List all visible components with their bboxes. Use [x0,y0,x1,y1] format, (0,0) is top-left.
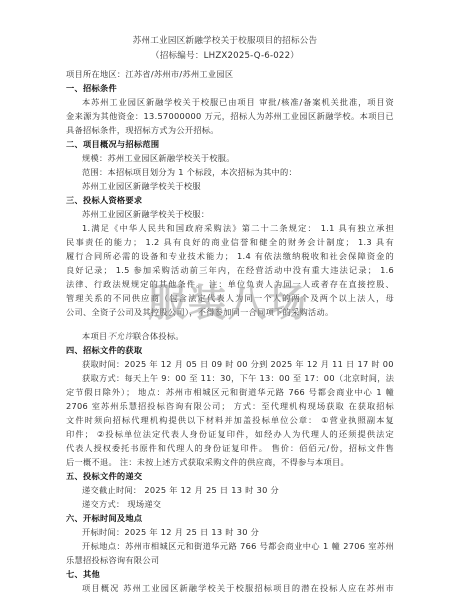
paragraph-line: 苏州工业园区新融学校关于校服 [66,179,394,193]
paragraph-line: 后一概不退。 注：未按上述方式获取采购文件的供应商，不得参与本项目。 [66,455,394,469]
paragraph-line: 递交方式： 现场递交 [66,497,394,511]
paragraph-line: 项目概况 苏州工业园区新融学校关于校服招标项目的潜在投标人应在苏州市 [66,581,394,595]
paragraph-line: 代表人授权委托书原件和代理人的身份证复印件。 售价：佰佰元/份，招标文件售 [66,441,394,455]
paragraph-line: 本苏州工业园区新融学校关于校服已由项目 审批/核准/备案机关批准，项目资 [66,95,394,109]
paragraph-line: 法律、行政法规规定的其他条件。 注：单位负责人为同一人或者存在直接控股、 [66,277,394,291]
section-heading-bidding-conditions: 一、招标条件 [66,81,394,95]
paragraph-line: 获取方式：每天上午 9：00 至 11：30，下午 13：00 至 17：00（… [66,371,394,385]
paragraph-line: 范围：本招标项目划分为 1 个标段，本次招标为其中的： [66,165,394,179]
section-heading-bid-opening: 六、开标时间及地点 [66,511,394,525]
paragraph-line: 履行合同所必需的设备和专业技术能力； 1.4 有依法缴纳税收和社会保障资金的 [66,249,394,263]
paragraph-line: 管理关系的不同供应商（包含法定代表人为同一个人的两个及两个以上法人，母 [66,291,394,305]
paragraph-line: 获取时间：2025 年 12 月 05 日 09 时 00 分到 2025 年 … [66,357,394,371]
paragraph-line: 开标时间：2025 年 12 月 25 日 13 时 30 分 [66,525,394,539]
section-heading-other: 七、其他 [66,567,394,581]
section-heading-bid-submission: 五、投标文件的递交 [66,469,394,483]
section-heading-bidder-qualifications: 三、投标人资格要求 [66,193,394,207]
paragraph-line: 乐慧招投标咨询有限公司 [66,553,394,567]
consortium-note: 本项目不允许联合体投标。 [66,329,394,343]
paragraph-line: 递交截止时间： 2025 年 12 月 25 日 13 时 30 分 [66,483,394,497]
bid-number: （招标编号：LHZX2025-Q-6-022） [0,49,450,61]
paragraph-line: 2706 室苏州乐慧招投标咨询有限公司； 方式：至代理机构现场获取 在获取招标 [66,399,394,413]
paragraph-line: 文件时须向招标代理机构提供以下材料并加盖投标单位公章： ①营业执照副本复 [66,413,394,427]
paragraph-line: 规模：苏州工业园区新融学校关于校服。 [66,151,394,165]
paragraph-line: 金来源为其他资金：13.57000000 万元，招标人为苏州工业园区新融学校。本… [66,109,394,123]
paragraph-line: 定节假日除外）； 地点：苏州市相城区元和街道华元路 766 号都会商业中心 1 … [66,385,394,399]
paragraph-line: 开标地点：苏州市相城区元和街道华元路 766 号都会商业中心 1 幢 2706 … [66,539,394,553]
paragraph-line: 良好记录； 1.5 参加采购活动前三年内，在经营活动中没有重大违法记录； 1.6 [66,263,394,277]
consortium-suffix: 联合体投标。 [133,331,184,341]
consortium-prefix: 本项目 [82,331,107,341]
paragraph-line: 印件； ②投标单位法定代表人身份证复印件，如经办人为代理人的还须提供法定 [66,427,394,441]
paragraph-line: 苏州工业园区新融学校关于校服： [66,207,394,221]
paragraph-line: 1.满足《中华人民共和国政府采购法》第二十二条规定： 1.1 具有独立承担 [66,221,394,235]
consortium-italic: 不允许 [107,331,132,341]
project-location: 项目所在地区：江苏省/苏州市/苏州工业园区 [66,67,394,81]
section-heading-project-overview: 二、项目概况与招标范围 [66,137,394,151]
paragraph-line: 具备招标条件，现招标方式为公开招标。 [66,123,394,137]
document-title: 苏州工业园区新融学校关于校服项目的招标公告 [0,34,450,46]
paragraph-line: 公司、全资子公司及其控股公司），不得参加同一合同项下的采购活动。 [66,305,394,319]
paragraph-line: 民事责任的能力； 1.2 具有良好的商业信誉和健全的财务会计制度； 1.3 具有 [66,235,394,249]
section-heading-document-acquisition: 四、招标文件的获取 [66,343,394,357]
